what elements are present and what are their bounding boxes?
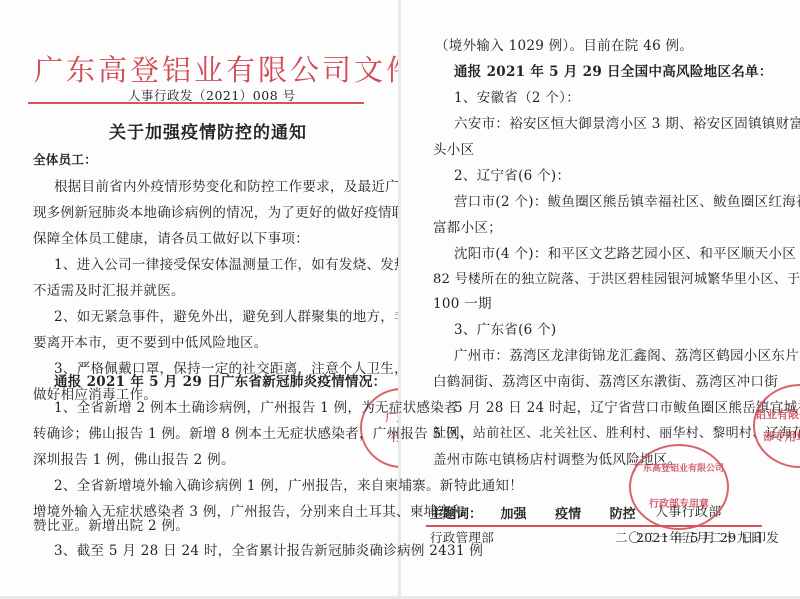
keyword: 加强	[501, 507, 527, 522]
body-line: 1、安徽省（2 个）：	[454, 90, 580, 106]
document-title: 关于加强疫情防控的通知	[109, 118, 307, 143]
body-line: 1、全省新增 2 例本土确诊病例，广州报告 1 例，为无症状感染者	[54, 400, 458, 416]
body-line: 3、广东省(6 个)	[454, 322, 557, 338]
body-line: 3、截至 5 月 28 日 24 时，全省累计报告新冠肺炎确诊病例 2431 例	[54, 543, 483, 559]
body-line: 2、全省新增境外输入确诊病例 1 例，广州报告，来自柬埔寨。新	[54, 478, 454, 494]
body-line: 82 号楼所在的独立院落、于洪区碧桂园银河城繁华里小区、于洪区阳光	[433, 272, 800, 288]
body-line: 六安市：裕安区恒大御景湾小区 3 期、裕安区固镇镇财富大街大艮	[454, 116, 800, 132]
body-line: 富都小区；	[433, 220, 502, 236]
signature-department: 人事行政部	[655, 505, 722, 521]
body-line: 营口市(2 个)：鲅鱼圈区熊岳镇幸福社区、鲅鱼圈区红海社区怡海	[454, 194, 800, 210]
body-line: 不适需及时汇报并就医。	[33, 283, 185, 299]
issue-date: 2021 年 5 月 29 日印发	[636, 530, 779, 546]
body-line: 转确诊；佛山报告 1 例。新增 8 例本土无症状感染者，广州报告 5 例，	[33, 426, 474, 442]
keyword: 防控	[610, 507, 636, 522]
body-line: 保障全体员工健康，请各员工做好以下事项：	[33, 231, 309, 247]
body-line: 头小区	[433, 142, 474, 158]
body-line: 深圳报告 1 例，佛山报告 2 例。	[33, 452, 235, 468]
closing-line: 特此通知！	[454, 478, 523, 494]
body-line: 白鹤洞街、荔湾区中南街、荔湾区东漖街、荔湾区冲口街	[433, 374, 778, 390]
body-line: 2、辽宁省(6 个)：	[454, 168, 570, 184]
body-line: （境外输入 1029 例）。目前在院 46 例。	[435, 38, 693, 54]
keyword: 疫情	[555, 507, 581, 522]
footer-red-rule	[426, 525, 762, 527]
body-line: 5 月 28 日 24 时起，辽宁省营口市鲅鱼圈区熊岳镇宜城社区、和平	[454, 400, 800, 416]
body-line: 现多例新冠肺炎本地确诊病例的情况，为了更好的做好疫情联防联控，	[33, 205, 398, 221]
header-red-rule	[28, 102, 364, 104]
body-line: 2、如无紧急事件，避免外出，避免到人群聚集的地方，非必要不	[54, 309, 398, 325]
body-line: 沈阳市(4 个)：和平区文艺路艺园小区、和平区顺天小区 78、80、	[454, 246, 800, 262]
body-line: 广州市：荔湾区龙津街锦龙汇鑫阁、荔湾区鹤园小区东片、荔湾区	[454, 348, 800, 364]
body-line: 盖州市陈屯镇杨店村调整为低风险地区。	[433, 452, 681, 468]
body-line: 1、进入公司一律接受保安体温测量工作，如有发烧、发热等身体	[54, 257, 398, 273]
body-line: 根据目前省内外疫情形势变化和防控工作要求，及最近广东省内出	[54, 179, 398, 195]
section-heading: 通报 2021 年 5 月 29 日全国中高风险地区名单：	[454, 64, 773, 80]
body-line: 社区、站前社区、北关社区、胜利村、丽华村、黎明村、辽海花园小区，	[433, 426, 800, 442]
body-line: 赞比亚。新增出院 2 例。	[33, 518, 189, 534]
section-heading: 通报 2021 年 5 月 29 日广东省新冠肺炎疫情情况：	[54, 374, 386, 390]
body-line: 100 一期	[433, 296, 492, 312]
body-line: 要离开本市，更不要到中低风险地区。	[33, 335, 268, 351]
salutation: 全体员工：	[33, 152, 97, 168]
company-header: 广东高登铝业有限公司文件	[34, 48, 374, 89]
